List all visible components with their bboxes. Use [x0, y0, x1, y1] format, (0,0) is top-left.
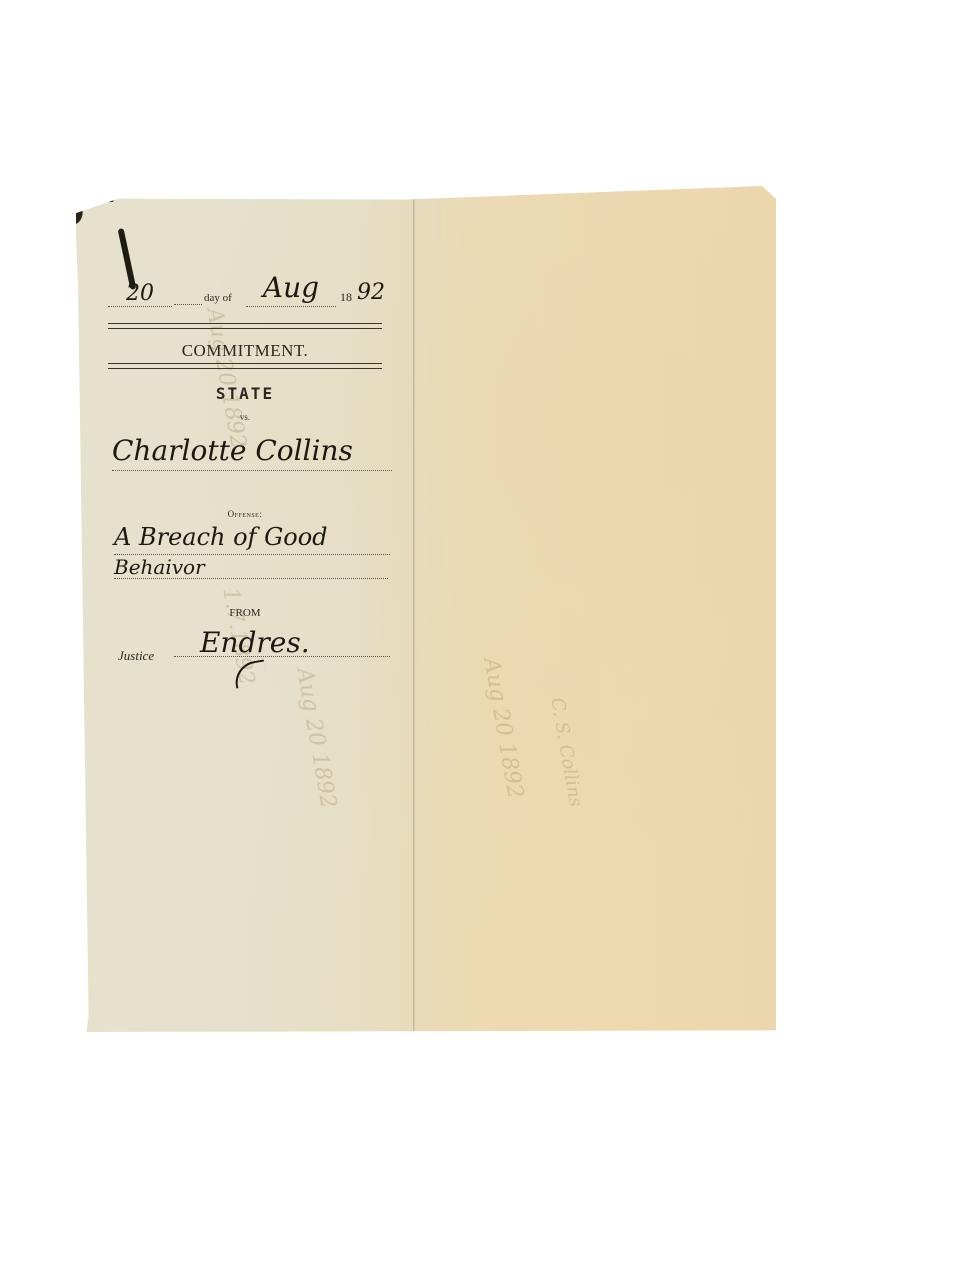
vs-label: vs.	[108, 412, 382, 422]
year-printed: 18	[340, 290, 352, 305]
ink-blot	[72, 207, 85, 225]
justice-name: Endres.	[174, 629, 390, 657]
front-panel: Aug 20 1892 1.7.1892 Aug 20 1892 20 day …	[76, 186, 413, 1032]
date-day: 20	[108, 282, 172, 307]
bleed-through-text: Aug 20 1892	[291, 666, 340, 810]
dotted-leader	[174, 304, 202, 305]
offense-label: Offense:	[108, 509, 382, 519]
date-month: Aug	[246, 274, 336, 307]
document-title: COMMITMENT.	[108, 341, 382, 361]
ink-blot	[108, 194, 114, 202]
date-line: 20 day of Aug 18 92	[108, 282, 388, 312]
day-of-label: day of	[204, 292, 232, 304]
back-panel: Aug 20 1892 C. S. Collins	[415, 186, 776, 1032]
bleed-through-text: Aug 20 1892	[478, 656, 527, 800]
commitment-document: Aug 20 1892 1.7.1892 Aug 20 1892 20 day …	[76, 186, 776, 1032]
bleed-through-text: C. S. Collins	[546, 696, 586, 808]
signature-flourish	[232, 659, 268, 688]
state-label: STATE	[108, 384, 382, 403]
from-label: FROM	[108, 607, 382, 619]
justice-label: Justice	[118, 648, 154, 664]
defendant-name: Charlotte Collins	[112, 434, 392, 471]
offense-text-line-2: Behaivor	[114, 556, 388, 579]
double-rule	[108, 323, 382, 329]
offense-text-line-1: A Breach of Good	[114, 522, 390, 555]
year-handwritten: 92	[357, 280, 385, 305]
double-rule	[108, 363, 382, 369]
